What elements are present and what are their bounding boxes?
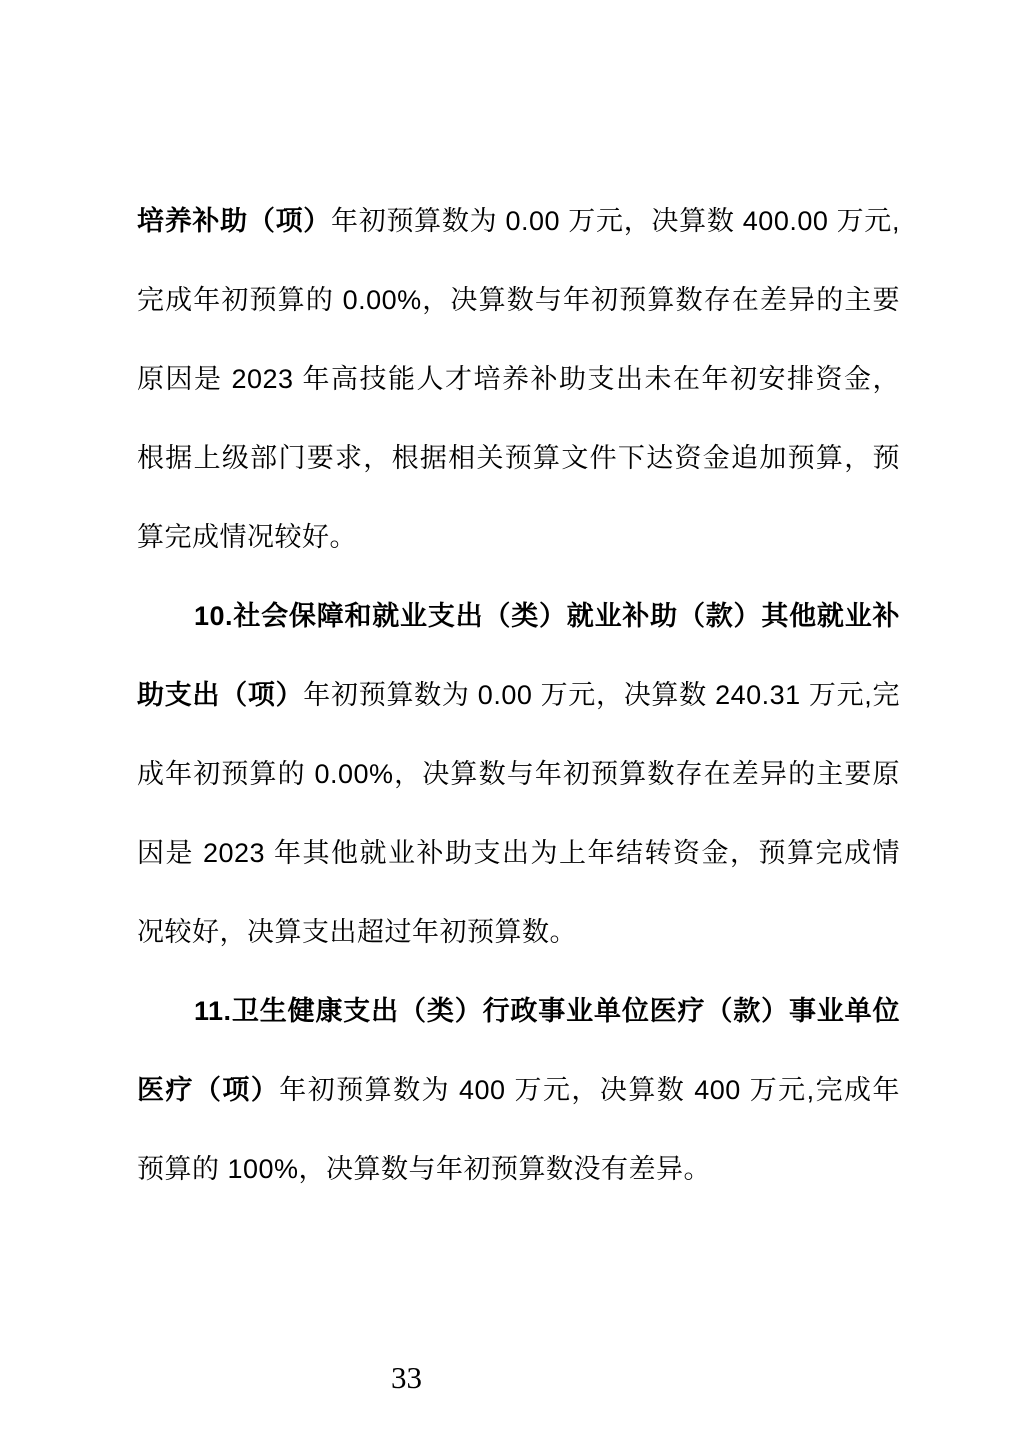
document-page: 培养补助（项）年初预算数为 0.00 万元，决算数 400.00 万元, 完成年… — [0, 0, 1024, 1448]
line-bold-segment: 助支出（项） — [137, 680, 303, 710]
text-line: 完成年初预算的 0.00%，决算数与年初预算数存在差异的主要 — [137, 261, 900, 340]
line-regular-segment: 况较好，决算支出超过年初预算数。 — [137, 917, 577, 947]
text-line: 成年初预算的 0.00%，决算数与年初预算数存在差异的主要原 — [137, 735, 900, 814]
text-line: 因是 2023 年其他就业补助支出为上年结转资金，预算完成情 — [137, 814, 900, 893]
line-regular-segment: 算完成情况较好。 — [137, 522, 357, 552]
text-line: 原因是 2023 年高技能人才培养补助支出未在年初安排资金， — [137, 340, 900, 419]
line-regular-segment: 原因是 2023 年高技能人才培养补助支出未在年初安排资金， — [137, 364, 900, 394]
page-number: 33 — [391, 1360, 422, 1396]
line-bold-segment: 培养补助（项） — [137, 206, 331, 236]
text-line-heading-11: 11.卫生健康支出（类）行政事业单位医疗（款）事业单位 — [137, 972, 900, 1051]
text-line: 助支出（项）年初预算数为 0.00 万元，决算数 240.31 万元,完 — [137, 656, 900, 735]
text-block: 培养补助（项）年初预算数为 0.00 万元，决算数 400.00 万元, 完成年… — [137, 182, 900, 1209]
line-bold-segment: 11.卫生健康支出（类）行政事业单位医疗（款）事业单位 — [194, 996, 900, 1026]
text-line: 医疗（项）年初预算数为 400 万元，决算数 400 万元,完成年初 — [137, 1051, 900, 1130]
line-regular-segment: 年初预算数为 0.00 万元，决算数 400.00 万元, — [331, 206, 900, 236]
text-line-heading-10: 10.社会保障和就业支出（类）就业补助（款）其他就业补 — [137, 577, 900, 656]
line-regular-segment: 成年初预算的 0.00%，决算数与年初预算数存在差异的主要原 — [137, 759, 900, 789]
text-line: 预算的 100%，决算数与年初预算数没有差异。 — [137, 1130, 900, 1209]
line-regular-segment: 完成年初预算的 0.00%，决算数与年初预算数存在差异的主要 — [137, 285, 900, 315]
text-line: 况较好，决算支出超过年初预算数。 — [137, 893, 900, 972]
text-line: 培养补助（项）年初预算数为 0.00 万元，决算数 400.00 万元, — [137, 182, 900, 261]
line-regular-segment: 预算的 100%，决算数与年初预算数没有差异。 — [137, 1154, 711, 1184]
line-bold-segment: 医疗（项） — [137, 1075, 279, 1105]
line-regular-segment: 年初预算数为 0.00 万元，决算数 240.31 万元,完 — [303, 680, 900, 710]
line-regular-segment: 因是 2023 年其他就业补助支出为上年结转资金，预算完成情 — [137, 838, 900, 868]
text-line: 算完成情况较好。 — [137, 498, 900, 577]
line-bold-segment: 10.社会保障和就业支出（类）就业补助（款）其他就业补 — [194, 601, 900, 631]
line-regular-segment: 根据上级部门要求，根据相关预算文件下达资金追加预算，预 — [137, 443, 900, 473]
text-line: 根据上级部门要求，根据相关预算文件下达资金追加预算，预 — [137, 419, 900, 498]
